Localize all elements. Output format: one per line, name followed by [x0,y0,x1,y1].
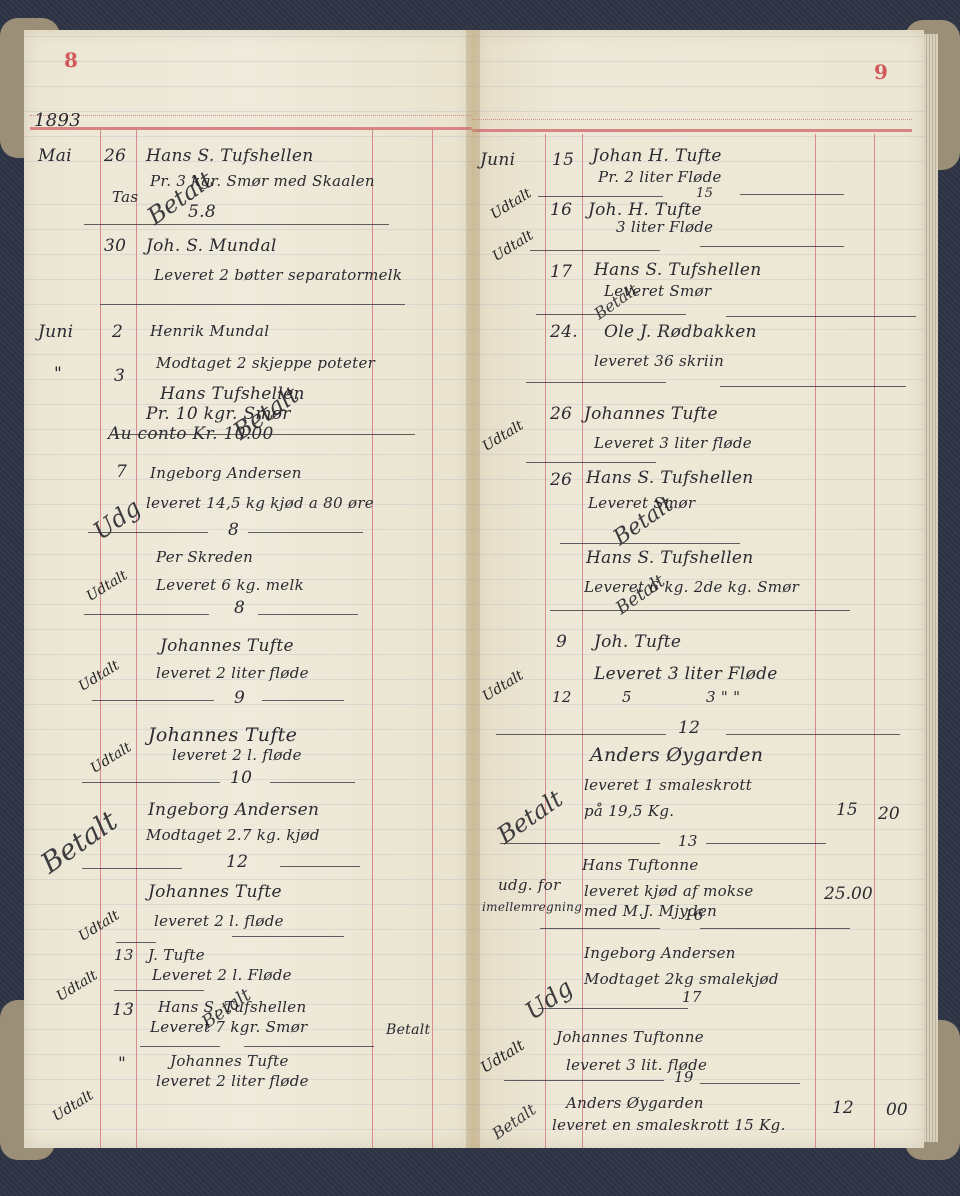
entry-name: J. Tufte [148,946,205,964]
page-edges [924,34,938,1142]
entry-detail: leveret 36 skriin [594,352,724,370]
entry-name: Anders Øygarden [566,1094,704,1112]
entry-name: Anders Øygarden [590,744,763,766]
day: 26 [104,146,126,166]
entry-separator [700,246,844,247]
amount-ore: 00 [886,1100,908,1120]
amount-ore: 20 [878,804,900,824]
day: 13 [114,946,134,964]
month: Mai [38,146,72,166]
entry-name: Henrik Mundal [150,322,269,340]
entry-detail: leveret 2 liter fløde [156,664,309,682]
column-line-ore [432,130,433,1148]
entry-separator [726,734,900,735]
book-gutter [466,30,480,1148]
day-center: 8 [234,598,245,618]
entry-name: Joh. S. Mundal [146,236,277,256]
amount-kroner: 15 [836,800,858,820]
day: 9 [556,632,567,652]
month: " [54,364,62,384]
entry-detail: leveret en smaleskrott 15 Kg. [552,1116,786,1134]
entry-separator [504,1080,664,1081]
entry-separator [500,843,660,844]
entry-detail: leveret 2 l. fløde [154,912,284,930]
entry-separator [262,700,344,701]
margin-text: Tas [112,188,138,206]
entry-detail: Modtaget 2kg smalekjød [584,970,779,988]
month: Juni [480,150,515,170]
entry-separator [270,782,355,783]
entry-name: Johannes Tufte [170,1052,289,1070]
entry-separator [540,928,660,929]
day-center: 17 [682,988,702,1006]
entry-name: Johannes Tufte [584,404,718,424]
entry-separator [82,782,220,783]
year-rule [30,115,472,116]
entry-detail: Leveret 3 liter Fløde [594,664,778,684]
day: 17 [550,262,572,282]
entry-name: Hans S. Tufshellen [146,146,313,166]
entry-name: Ingeborg Andersen [148,800,319,820]
entry-separator [560,543,740,544]
entry-name: Hans Tuftonne [582,856,699,874]
entry-separator [280,866,360,867]
entry-separator [706,843,826,844]
entry-separator [726,316,916,317]
entry-separator [496,734,666,735]
column-line-text [582,134,583,1148]
entry-separator [244,1046,374,1047]
day-center: 8 [228,520,239,540]
entry-separator [100,304,405,305]
day: 3 [114,366,125,386]
day: 30 [104,236,126,256]
entry-name: Johannes Tufte [160,636,294,656]
year-rule [472,119,912,120]
entry-separator [538,196,663,197]
entry-separator [84,224,389,225]
entry-name: Hans S. Tufshellen [594,260,761,280]
margin-note: imellemregning [482,900,582,914]
day-center: 12 [678,718,700,738]
entry-name: Hans S. Tufshellen [586,468,753,488]
month: Juni [38,322,73,342]
entry-name: Johannes Tufte [148,724,297,746]
header-rule [472,129,912,132]
day: 26 [550,404,572,424]
day: 13 [112,1000,134,1020]
day: 16 [550,200,572,220]
right-page-number: 9 [874,60,888,84]
day-center: 13 [678,832,698,850]
entry-separator [720,386,906,387]
entry-name: Johannes Tuftonne [556,1028,704,1046]
day-center: 12 [226,852,248,872]
entry-name: Johan H. Tufte [592,146,722,166]
entry-name: Johannes Tufte [148,882,282,902]
left-page-number: 8 [64,48,78,72]
year-label: 1893 [34,110,81,131]
column-line-kr [815,134,816,1148]
entry-separator [700,1083,800,1084]
day: 15 [552,150,574,170]
column-line-date [100,130,101,1148]
day-center: 16 [684,906,704,924]
entry-detail: 5 [622,688,632,706]
entry-detail: leveret 1 smaleskrott [584,776,752,794]
day: 7 [116,462,127,482]
entry-separator [110,434,415,435]
entry-name: Ingeborg Andersen [150,464,302,482]
entry-name: Joh. H. Tufte [588,200,702,220]
day-center: 10 [230,768,252,788]
day: 12 [552,688,572,706]
entry-separator [550,610,850,611]
day: 2 [112,322,123,342]
day: 26 [550,470,572,490]
entry-separator [530,250,660,251]
entry-detail: 3 liter Fløde [616,218,713,236]
entry-name: Per Skreden [156,548,253,566]
entry-separator [248,532,363,533]
entry-separator [258,614,358,615]
column-line-text [136,130,137,1148]
day-center: 19 [674,1068,694,1086]
entry-detail: Leveret 6 kg. 2de kg. Smør [584,578,799,596]
entry-name: Hans S. Tufshellen [586,548,753,568]
entry-separator [82,868,182,869]
right-margin-note: Betalt [386,1022,430,1038]
entry-separator [740,194,844,195]
entry-detail: Leveret 2 bøtter separatormelk [154,266,402,284]
entry-name: Ingeborg Andersen [584,944,736,962]
entry-separator [538,1008,688,1009]
entry-detail: leveret kjød af mokse [584,882,754,900]
entry-separator [536,314,686,315]
entry-detail: Leveret 2 l. Fløde [152,966,292,984]
entry-detail: Leveret 6 kg. melk [156,576,304,594]
over-number: 15 [696,186,713,201]
entry-detail: leveret 2 l. fløde [172,746,302,764]
column-line-ore [874,134,875,1148]
entry-detail: leveret 14,5 kg kjød a 80 øre [146,494,374,512]
entry-separator [526,382,666,383]
entry-detail: Pr. 2 liter Fløde [598,168,722,186]
entry-detail: 3 " " [706,688,740,706]
entry-separator [92,700,214,701]
entry-separator [116,942,156,943]
amount: 25.00 [824,884,873,904]
entry-detail: Modtaget 2.7 kg. kjød [146,826,320,844]
day-center: 9 [234,688,245,708]
day: 24. [550,322,578,342]
entry-detail: Modtaget 2 skjeppe poteter [156,354,375,372]
header-rule [30,127,472,130]
amount-kroner: 12 [832,1098,854,1118]
margin-note: udg. for [498,876,561,894]
entry-separator [84,614,209,615]
day: " [118,1054,126,1074]
entry-separator [88,532,208,533]
entry-separator [114,990,204,991]
entry-separator [232,936,344,937]
entry-separator [526,462,656,463]
entry-separator [140,1046,220,1047]
entry-detail: Leveret 3 liter fløde [594,434,752,452]
entry-detail: på 19,5 Kg. [584,802,674,820]
entry-separator [700,928,850,929]
entry-detail: Leveret 7 kgr. Smør [150,1018,308,1036]
entry-detail: leveret 2 liter fløde [156,1072,309,1090]
entry-name: Ole J. Rødbakken [604,322,757,342]
entry-name: Joh. Tufte [594,632,681,652]
